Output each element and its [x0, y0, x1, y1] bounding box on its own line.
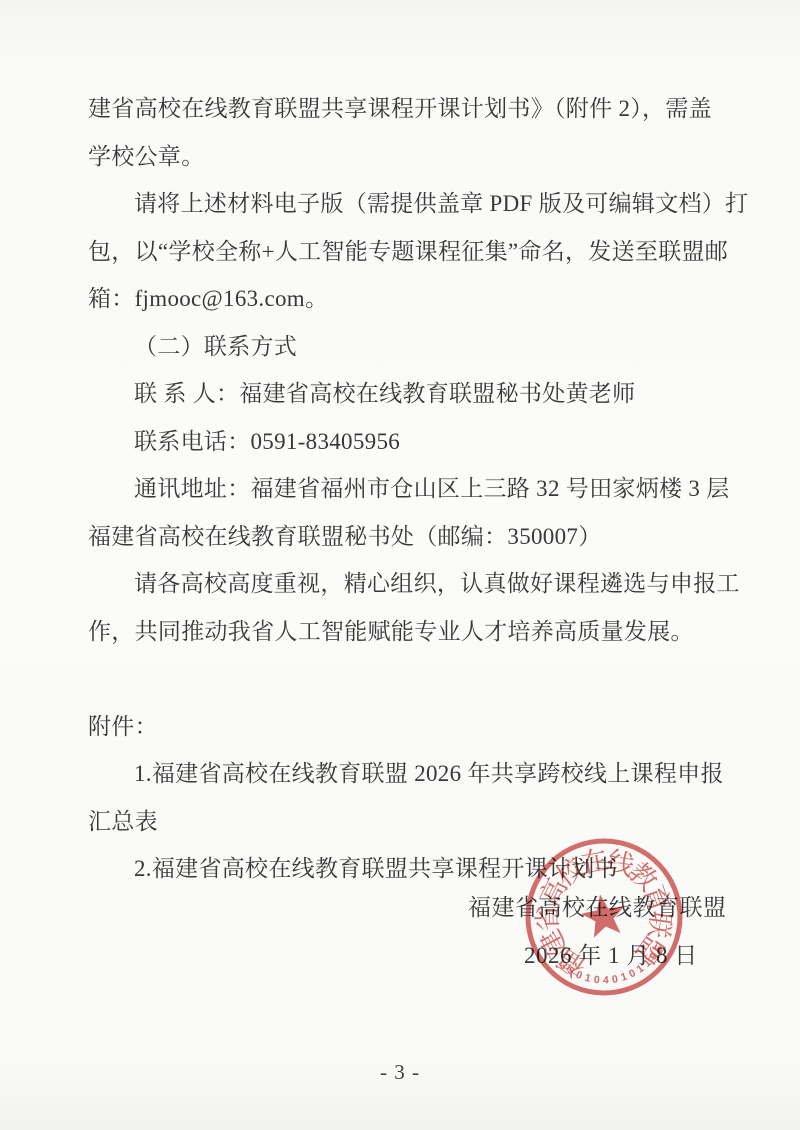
document-line: 作，共同推动我省人工智能赋能专业人才培养高质量发展。	[88, 608, 728, 656]
document-line: （二）联系方式	[88, 323, 728, 371]
document-line: 学校公章。	[88, 133, 728, 181]
document-body: 建省高校在线教育联盟共享课程开课计划书》（附件 2），需盖学校公章。请将上述材料…	[88, 85, 728, 893]
official-seal: 福建省高校在线教育联盟 3501040101195	[519, 832, 689, 1002]
document-line: 1.福建省高校在线教育联盟 2026 年共享跨校线上课程申报	[88, 750, 728, 798]
seal-number-digit: 0	[593, 974, 600, 987]
document-line: 联 系 人：福建省高校在线教育联盟秘书处黄老师	[88, 370, 728, 418]
document-line: 建省高校在线教育联盟共享课程开课计划书》（附件 2），需盖	[88, 85, 728, 133]
seal-number-digit: 1	[619, 971, 628, 984]
document-line: 通讯地址：福建省福州市仓山区上三路 32 号田家炳楼 3 层	[88, 465, 728, 513]
document-line: 福建省高校在线教育联盟秘书处（邮编：350007）	[88, 513, 728, 561]
document-line: 请将上述材料电子版（需提供盖章 PDF 版及可编辑文档）打	[88, 180, 728, 228]
seal-star-icon	[578, 891, 628, 940]
document-line: 联系电话：0591-83405956	[88, 418, 728, 466]
document-line: 附件：	[88, 703, 728, 751]
seal-number-digit: 1	[583, 972, 592, 985]
seal-number-digit: 4	[603, 974, 609, 986]
document-line: 请各高校高度重视，精心组织，认真做好课程遴选与申报工	[88, 560, 728, 608]
document-line: 箱：fjmooc@163.com。	[88, 275, 728, 323]
page-number: - 3 -	[0, 1060, 800, 1085]
document-line: 包，以“学校全称+人工智能专题课程征集”命名，发送至联盟邮	[88, 228, 728, 276]
seal-number-digit: 0	[611, 973, 619, 986]
document-page: 建省高校在线教育联盟共享课程开课计划书》（附件 2），需盖学校公章。请将上述材料…	[0, 0, 800, 1130]
